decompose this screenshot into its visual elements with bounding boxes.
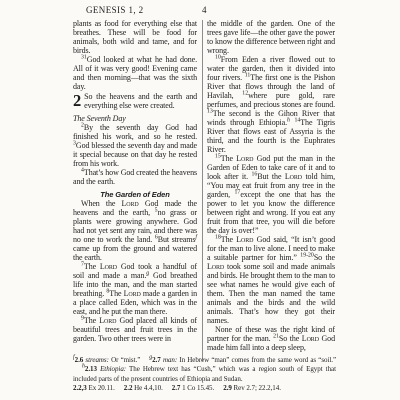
text-run: The <box>109 289 123 298</box>
divine-name: Lord <box>99 316 116 325</box>
crossrefs-line: 2.2,3 Ex 20.11.2.2 He 4.4,10.2.7 1 Co 15… <box>73 384 336 393</box>
running-head: GENESIS 1, 2 4 <box>73 5 336 17</box>
footnotes-text: f2.6 streams: Or “mist.”g2.7 man: In Heb… <box>73 356 336 384</box>
term-italic: Ethiopia: <box>97 365 126 373</box>
text-run: The <box>221 154 236 163</box>
text-run: The <box>84 316 99 325</box>
section-heading: The Seventh Day <box>73 114 197 123</box>
term-italic: man: <box>161 356 177 364</box>
verse-paragraph: 18The Lord God said, “It isn’t good for … <box>207 235 335 325</box>
term-italic: streams: <box>83 356 109 364</box>
text-run: He 4.4,10. <box>132 384 162 392</box>
text-run: So the <box>314 253 335 262</box>
column-right: the middle of the garden. One of the tre… <box>207 19 335 365</box>
two-column-layout: plants as food for everything else that … <box>73 19 336 365</box>
verse-paragraph: None of these was the right kind of part… <box>207 325 335 352</box>
text-run: The <box>221 235 236 244</box>
text-run: So the heavens and the earth and everyth… <box>84 92 197 110</box>
divine-name: Lord <box>207 262 224 271</box>
text-run: That’s how God created the heavens and t… <box>73 168 197 186</box>
divine-name: Lord <box>302 334 319 343</box>
verse-paragraph: 2By the seventh day God had finished his… <box>73 123 197 168</box>
text-run: By the seventh day God had finished his … <box>73 123 197 141</box>
chapter-number-dropcap: 2 <box>73 93 81 108</box>
text-run: Or “mist.” <box>109 356 140 364</box>
text-run: So the <box>279 334 302 343</box>
divine-name: Lord <box>100 262 117 271</box>
bible-page: GENESIS 1, 2 4 plants as food for everyt… <box>0 0 400 400</box>
text-block: GENESIS 1, 2 4 plants as food for everyt… <box>73 5 336 365</box>
verse-paragraph: the middle of the garden. One of the tre… <box>207 19 335 55</box>
footnotes-section: f2.6 streams: Or “mist.”g2.7 man: In Heb… <box>73 356 336 393</box>
column-left: plants as food for everything else that … <box>73 19 197 365</box>
footnote-marker: f <box>195 234 197 240</box>
reference-number: 2.2,3 <box>73 384 87 392</box>
verse-paragraph: 7The Lord God took a handful of soil and… <box>73 262 197 316</box>
divine-name: Lord <box>124 289 141 298</box>
section-heading: The Garden of Eden <box>73 190 197 199</box>
verse-paragraph: 10From Eden a river flowed out to water … <box>207 55 335 154</box>
reference-number: 2.7 <box>152 356 161 364</box>
divine-name: Lord <box>236 154 253 163</box>
text-run: 1 Co 15.45. <box>180 384 214 392</box>
verse-paragraph: plants as food for everything else that … <box>73 19 197 55</box>
divine-name: Lord <box>285 172 302 181</box>
text-run: God looked at what he had done. All of i… <box>73 55 197 91</box>
page-number: 4 <box>73 5 336 15</box>
text-run: the middle of the garden. One of the tre… <box>207 19 335 55</box>
text-run: took some soil and made animals and bird… <box>207 262 335 325</box>
text-run: But streams <box>158 235 196 244</box>
divine-name: Lord <box>122 199 139 208</box>
text-run: plants as food for everything else that … <box>73 19 197 55</box>
verse-paragraph: 4That’s how God created the heavens and … <box>73 168 197 186</box>
verse-paragraph: When the Lord God made the heavens and t… <box>73 199 197 262</box>
text-run: God blessed the seventh day and made it … <box>73 141 197 168</box>
verse-paragraph: 31God looked at what he had done. All of… <box>73 55 197 91</box>
text-run: Rev 2.7; 22.2,14. <box>232 384 281 392</box>
text-run: Ex 20.11. <box>87 384 115 392</box>
reference-number: 2.6 <box>75 356 84 364</box>
chapter-opening-paragraph: 2So the heavens and the earth and everyt… <box>73 92 197 110</box>
text-run: In Hebrew “man” comes from the same word… <box>177 356 336 364</box>
text-run: The <box>84 262 100 271</box>
verse-paragraph: 15The Lord God put the man in the Garden… <box>207 154 335 235</box>
text-run: But the <box>257 172 285 181</box>
text-run: When the <box>81 199 122 208</box>
verse-paragraph: 9The Lord God placed all kinds of beauti… <box>73 316 197 343</box>
verse-number: 19-20 <box>300 252 314 258</box>
reference-number: 2.13 <box>85 365 97 373</box>
column-divider <box>202 20 203 361</box>
divine-name: Lord <box>236 235 253 244</box>
reference-number: 2.9 <box>223 384 232 392</box>
text-run: came up from the ground and watered the … <box>73 244 197 262</box>
